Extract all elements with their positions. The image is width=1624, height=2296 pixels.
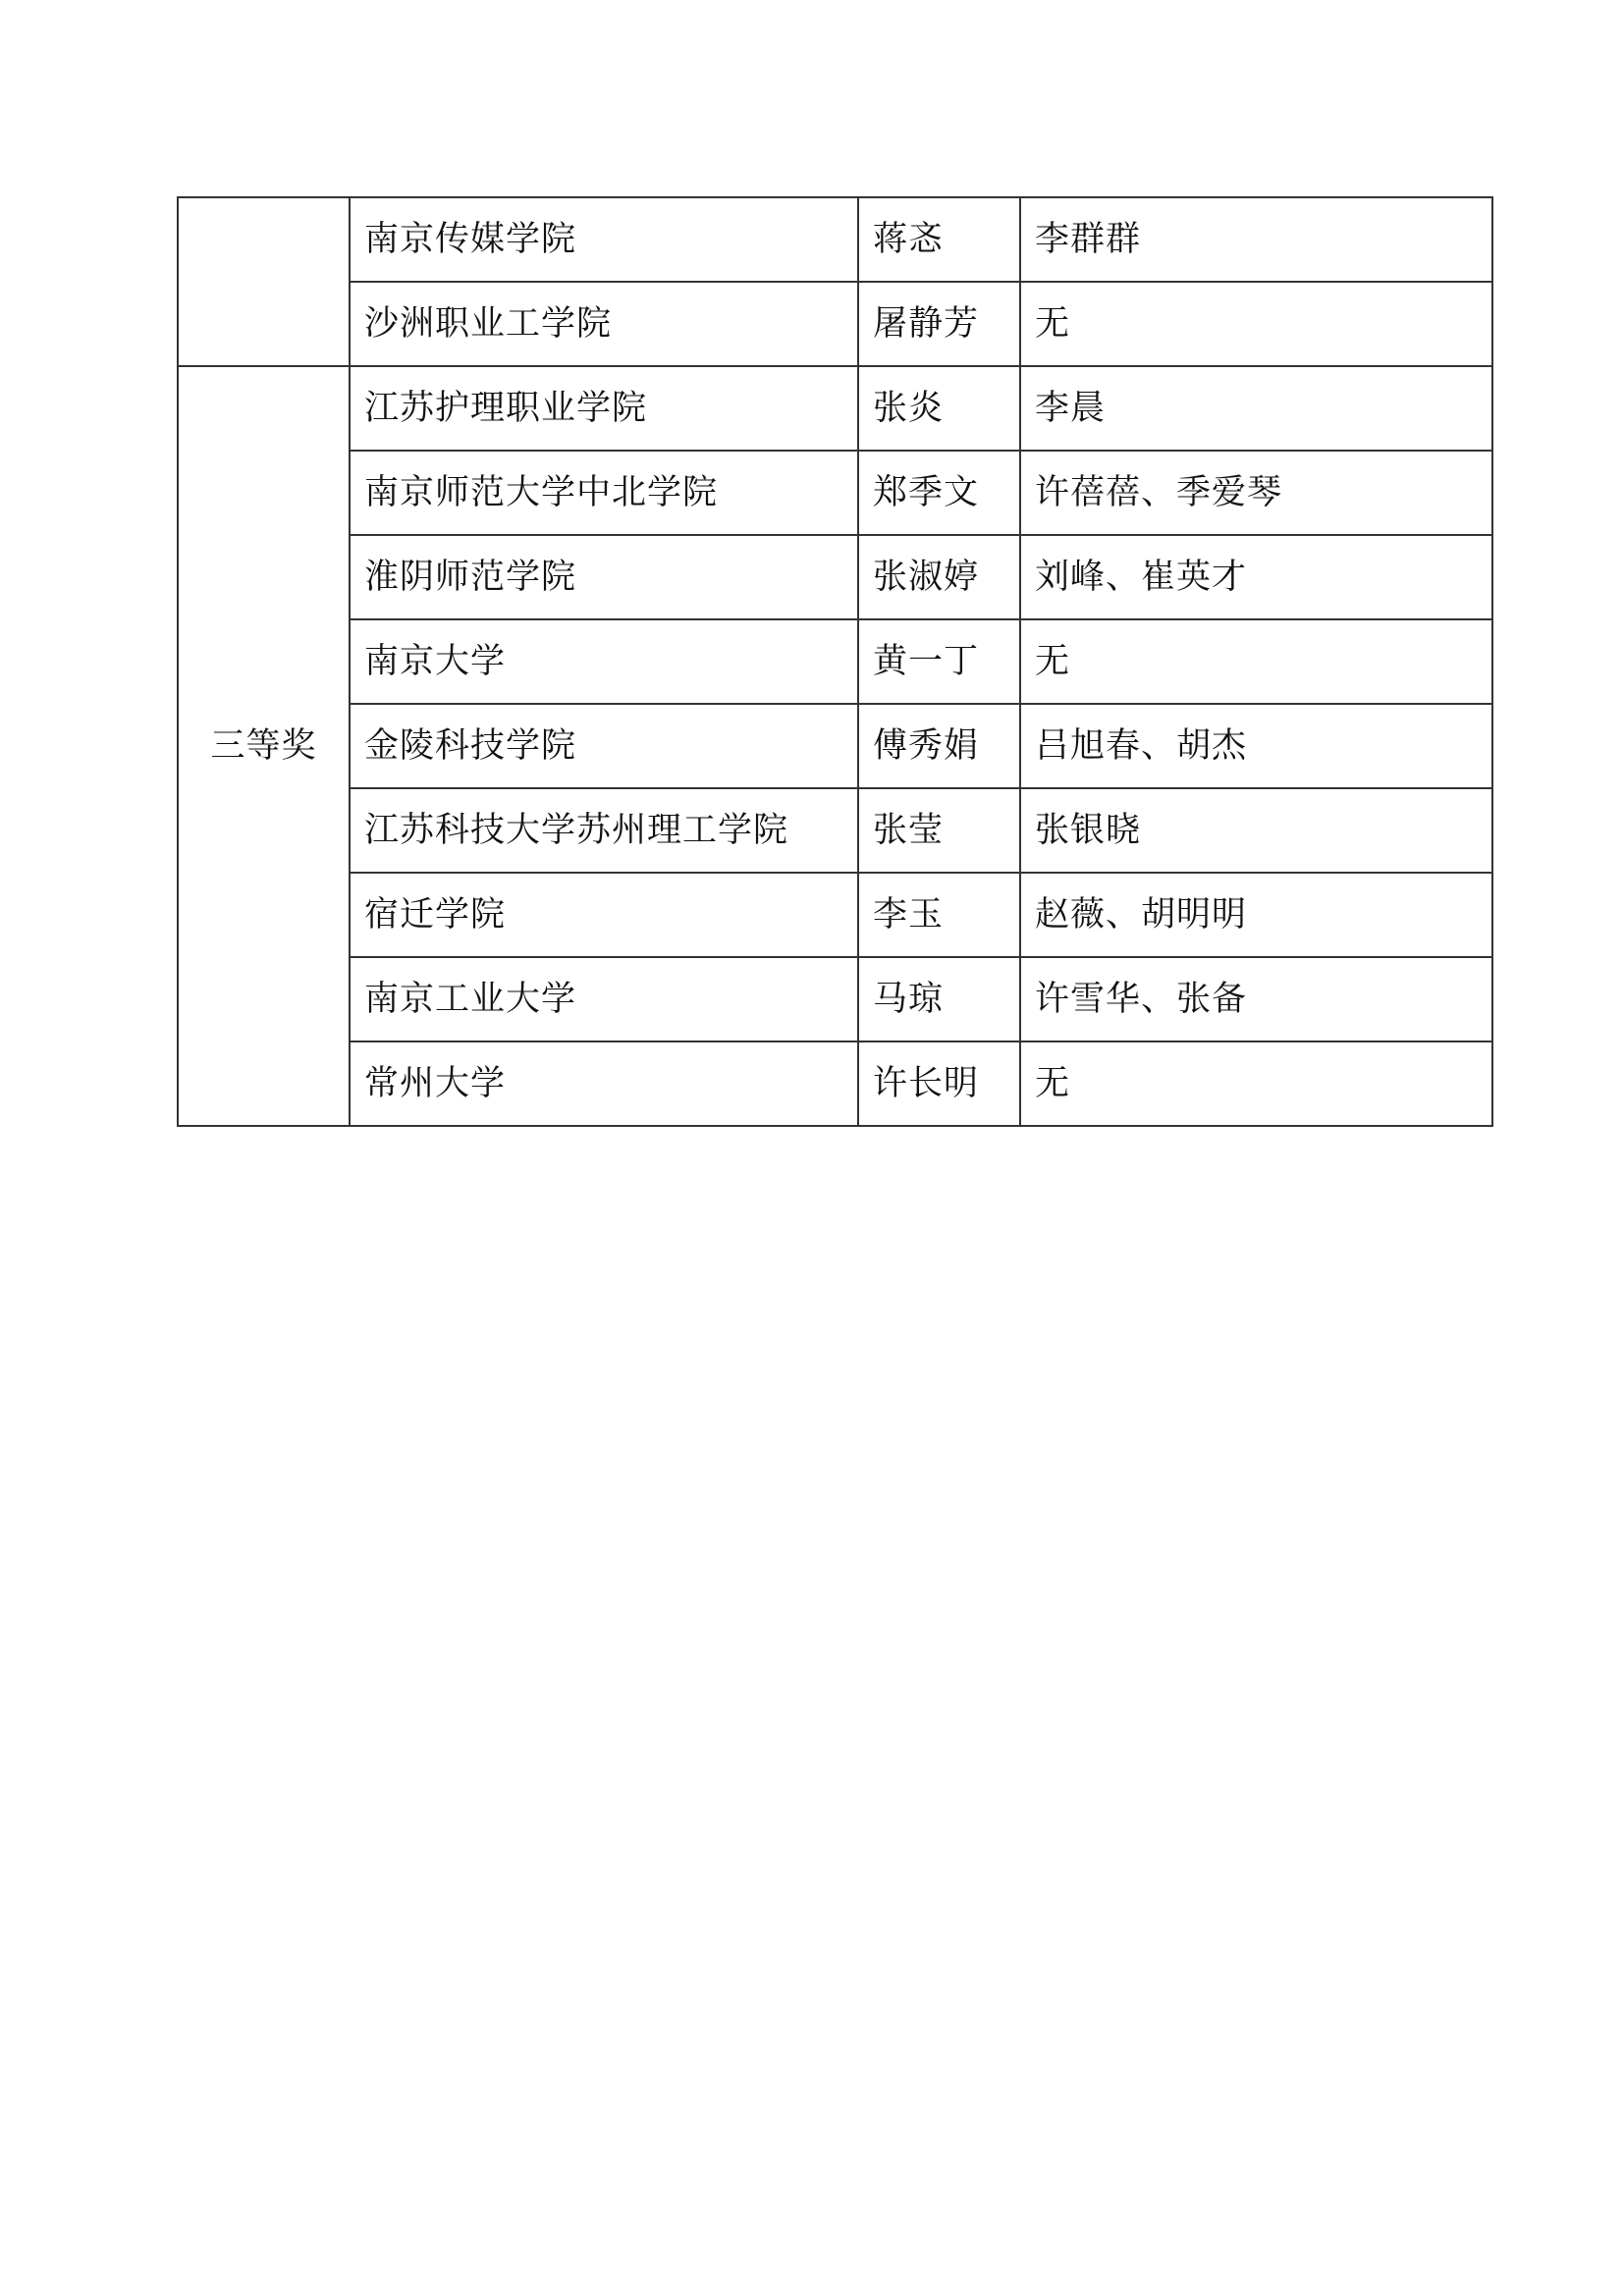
table-row: 三等奖 江苏护理职业学院 张炎 李晨 [178,366,1492,451]
school-cell: 沙洲职业工学院 [350,282,858,366]
table-row: 沙洲职业工学院 屠静芳 无 [178,282,1492,366]
contestant-cell: 张淑婷 [858,535,1020,619]
school-cell: 金陵科技学院 [350,704,858,788]
advisor-cell: 无 [1020,619,1492,704]
school-cell: 江苏护理职业学院 [350,366,858,451]
table-row: 南京大学 黄一丁 无 [178,619,1492,704]
contestant-cell: 蒋忞 [858,197,1020,282]
contestant-cell: 傅秀娟 [858,704,1020,788]
contestant-cell: 张炎 [858,366,1020,451]
contestant-cell: 郑季文 [858,451,1020,535]
contestant-cell: 黄一丁 [858,619,1020,704]
table-row: 江苏科技大学苏州理工学院 张莹 张银晓 [178,788,1492,873]
advisor-cell: 刘峰、崔英才 [1020,535,1492,619]
contestant-cell: 马琼 [858,957,1020,1041]
school-cell: 江苏科技大学苏州理工学院 [350,788,858,873]
table-row: 淮阴师范学院 张淑婷 刘峰、崔英才 [178,535,1492,619]
contestant-cell: 屠静芳 [858,282,1020,366]
contestant-cell: 李玉 [858,873,1020,957]
advisor-cell: 无 [1020,1041,1492,1126]
advisor-cell: 李晨 [1020,366,1492,451]
advisor-cell: 赵薇、胡明明 [1020,873,1492,957]
advisor-cell: 张银晓 [1020,788,1492,873]
advisor-cell: 许蓓蓓、季爱琴 [1020,451,1492,535]
school-cell: 淮阴师范学院 [350,535,858,619]
advisor-cell: 吕旭春、胡杰 [1020,704,1492,788]
school-cell: 宿迁学院 [350,873,858,957]
school-cell: 南京师范大学中北学院 [350,451,858,535]
school-cell: 南京工业大学 [350,957,858,1041]
school-cell: 南京传媒学院 [350,197,858,282]
table-row: 南京工业大学 马琼 许雪华、张备 [178,957,1492,1041]
school-cell: 常州大学 [350,1041,858,1126]
contestant-cell: 张莹 [858,788,1020,873]
table-row: 南京师范大学中北学院 郑季文 许蓓蓓、季爱琴 [178,451,1492,535]
prize-cell [178,197,350,366]
table-row: 常州大学 许长明 无 [178,1041,1492,1126]
school-cell: 南京大学 [350,619,858,704]
contestant-cell: 许长明 [858,1041,1020,1126]
prize-cell: 三等奖 [178,366,350,1126]
advisor-cell: 李群群 [1020,197,1492,282]
award-table: 南京传媒学院 蒋忞 李群群 沙洲职业工学院 屠静芳 无 三等奖 江苏护理职业学院… [177,196,1493,1127]
table-row: 宿迁学院 李玉 赵薇、胡明明 [178,873,1492,957]
table-row: 金陵科技学院 傅秀娟 吕旭春、胡杰 [178,704,1492,788]
table-row: 南京传媒学院 蒋忞 李群群 [178,197,1492,282]
advisor-cell: 无 [1020,282,1492,366]
advisor-cell: 许雪华、张备 [1020,957,1492,1041]
